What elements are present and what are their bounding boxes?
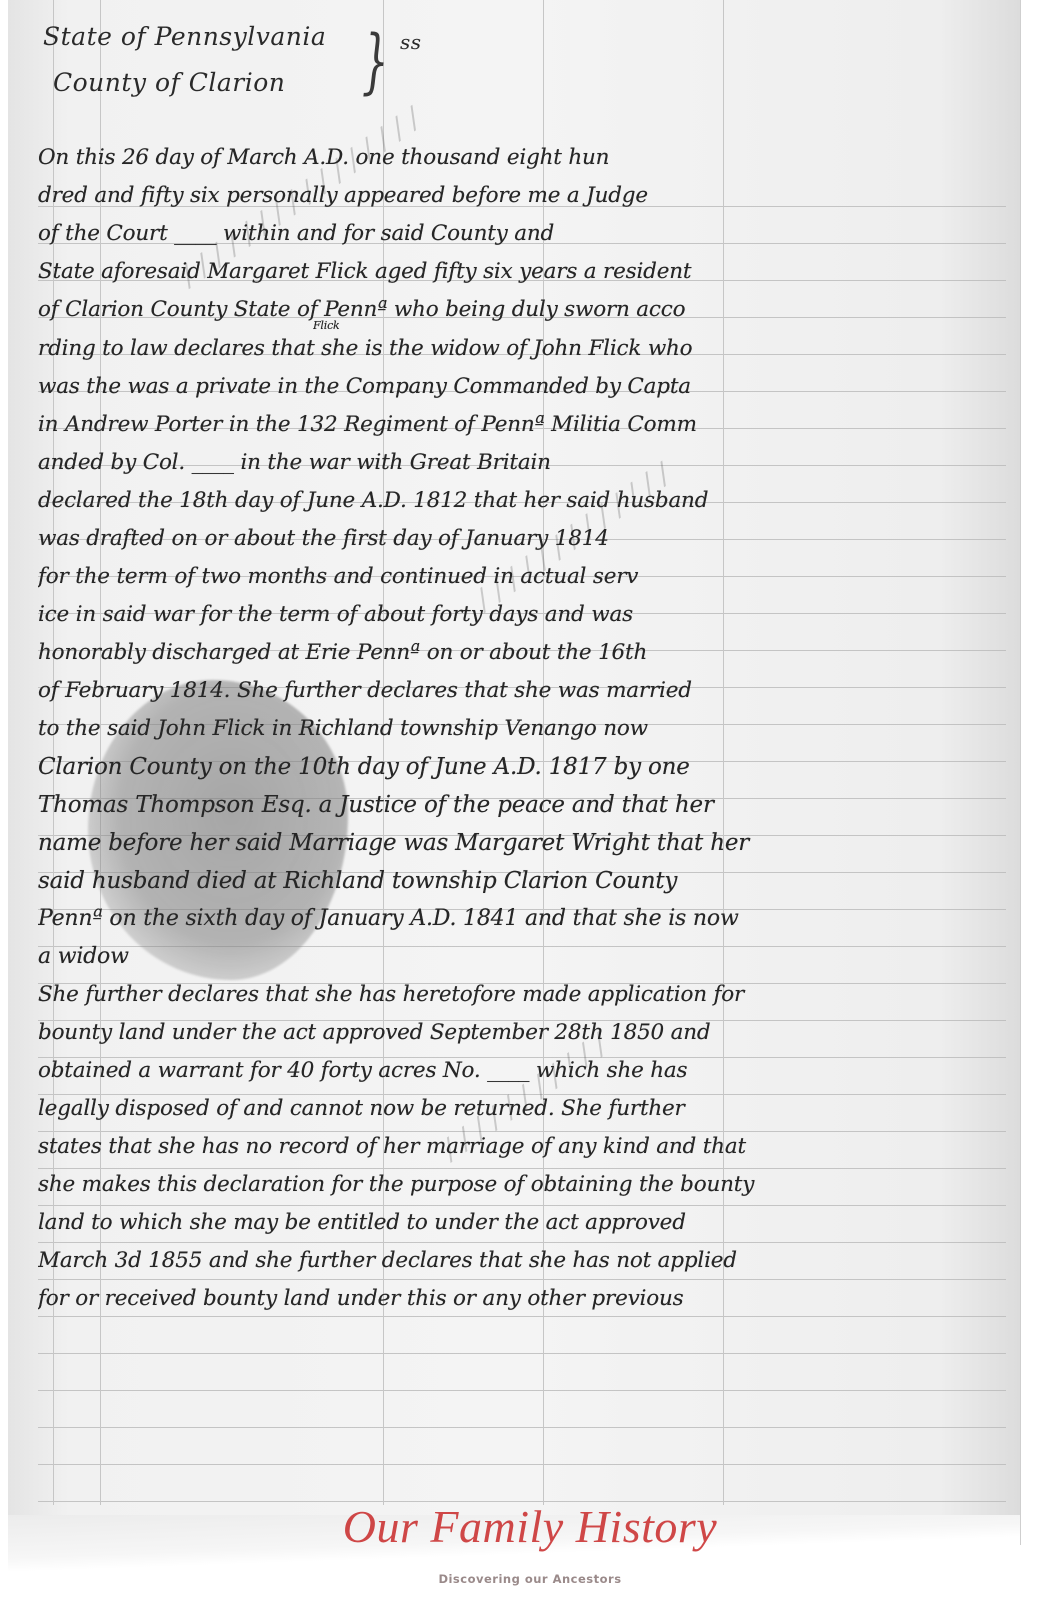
body-line: dred and fifty six personally appeared b… <box>38 183 982 217</box>
body-line: She further declares that she has hereto… <box>38 982 982 1016</box>
body-line: was the was a private in the Company Com… <box>38 374 982 408</box>
body-line: Pennª on the sixth day of January A.D. 1… <box>38 906 982 940</box>
heading-county: County of Clarion <box>53 68 285 97</box>
body-line: declared the 18th day of June A.D. 1812 … <box>38 488 982 522</box>
body-line: name before her said Marriage was Margar… <box>38 830 982 864</box>
document-page: / / / / / / / / / / / / / / / / / / / / … <box>8 0 1021 1545</box>
watermark-tagline: Discovering our Ancestors <box>350 1572 710 1586</box>
body-line: for the term of two months and continued… <box>38 564 982 598</box>
body-line: of February 1814. She further declares t… <box>38 678 982 712</box>
heading-state: State of Pennsylvania <box>43 22 326 51</box>
body-line: states that she has no record of her mar… <box>38 1134 982 1168</box>
ss-marker: ss <box>400 30 422 54</box>
body-line: ice in said war for the term of about fo… <box>38 602 982 636</box>
body-line: State aforesaid Margaret Flick aged fift… <box>38 259 982 293</box>
body-line: bounty land under the act approved Septe… <box>38 1020 982 1054</box>
body-line: to the said John Flick in Richland towns… <box>38 716 982 750</box>
body-line: in Andrew Porter in the 132 Regiment of … <box>38 412 982 446</box>
body-line: Clarion County on the 10th day of June A… <box>38 754 982 788</box>
body-line: of the Court ____ within and for said Co… <box>38 221 982 255</box>
body-line: legally disposed of and cannot now be re… <box>38 1096 982 1130</box>
body-line: March 3d 1855 and she further declares t… <box>38 1248 982 1282</box>
body-line: Thomas Thompson Esq. a Justice of the pe… <box>38 792 982 826</box>
body-line: anded by Col. ____ in the war with Great… <box>38 450 982 484</box>
body-line: land to which she may be entitled to und… <box>38 1210 982 1244</box>
body-line: she makes this declaration for the purpo… <box>38 1172 982 1206</box>
body-line: rding to law declares that she is the wi… <box>38 336 982 370</box>
watermark-title: Our Family History <box>330 1500 730 1553</box>
body-line: said husband died at Richland township C… <box>38 868 982 902</box>
brace-mark: } <box>362 20 389 102</box>
interlinear-note: Flick <box>313 319 982 333</box>
body-line: a widow <box>38 944 982 978</box>
body-line: obtained a warrant for 40 forty acres No… <box>38 1058 982 1092</box>
body-line: honorably discharged at Erie Pennª on or… <box>38 640 982 674</box>
body-line: was drafted on or about the first day of… <box>38 526 982 560</box>
body-line: for or received bounty land under this o… <box>38 1286 982 1320</box>
body-line: On this 26 day of March A.D. one thousan… <box>38 145 982 179</box>
